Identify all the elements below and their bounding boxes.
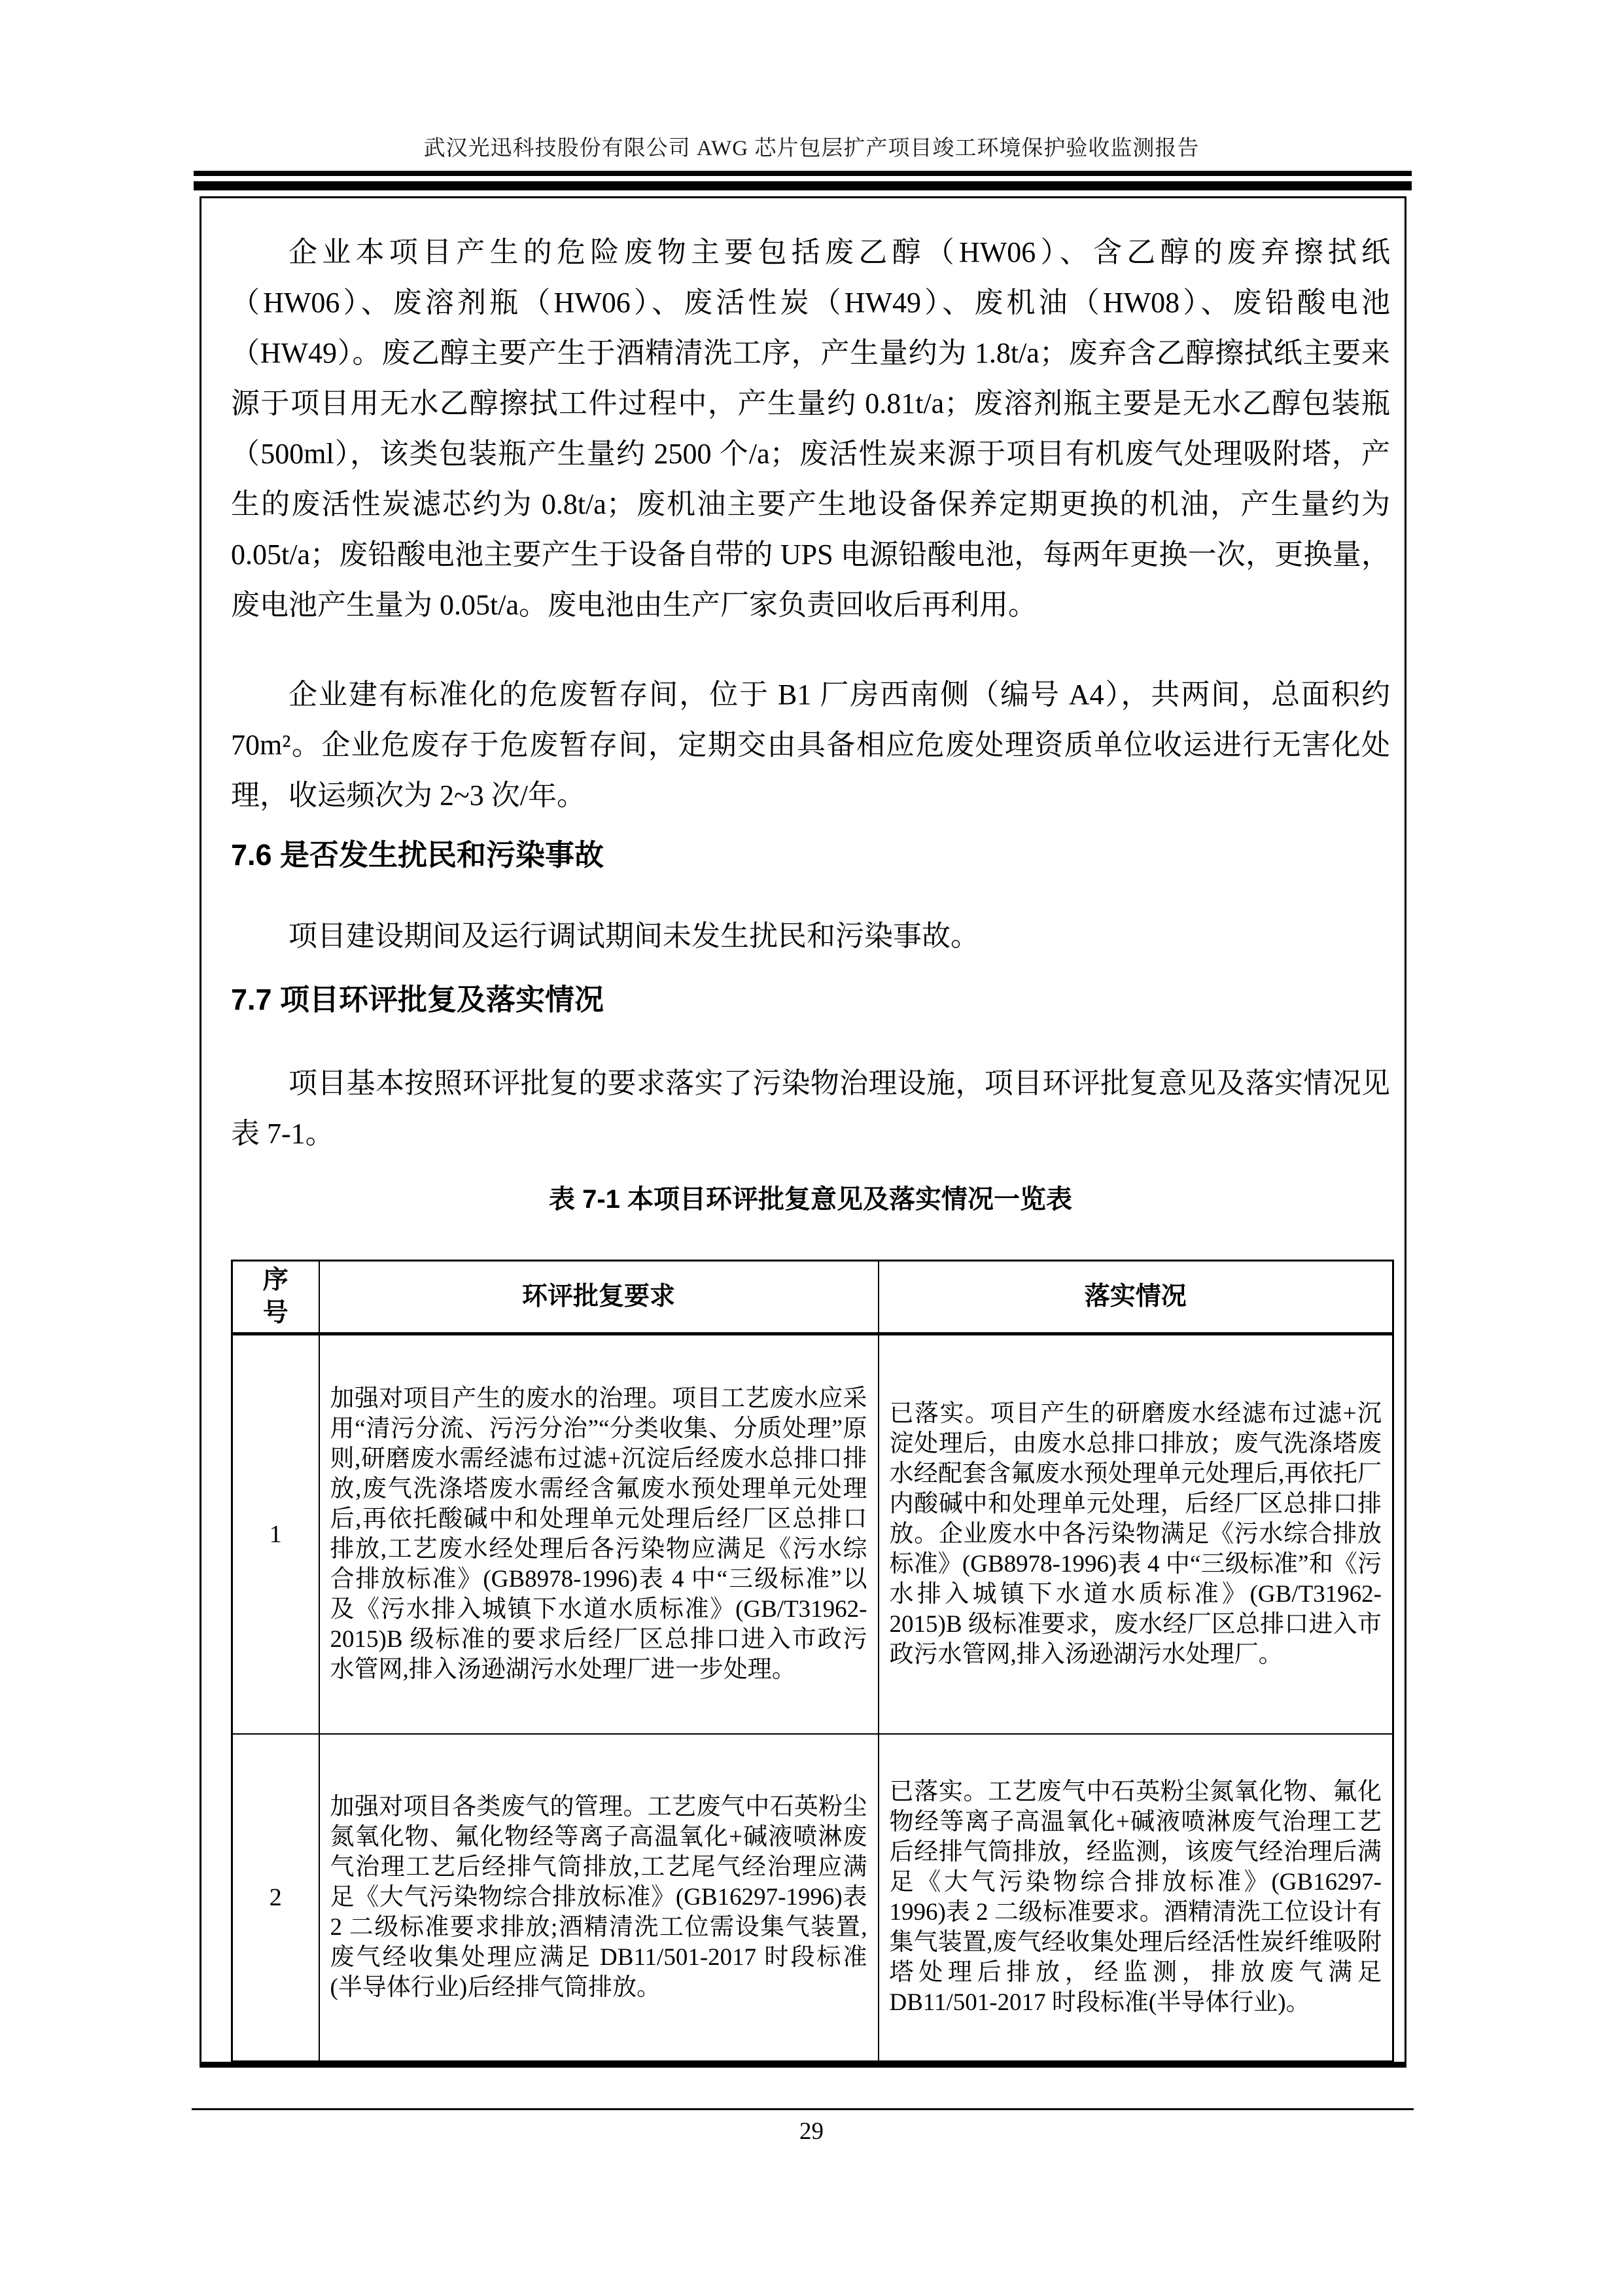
paragraph-7-6: 项目建设期间及运行调试期间未发生扰民和污染事故。 <box>231 911 1390 961</box>
header-divider-thin <box>194 171 1412 176</box>
table-row: 2 加强对项目各类废气的管理。工艺废气中石英粉尘氮氧化物、氟化物经等离子高温氧化… <box>232 1734 1393 2061</box>
column-header-seq: 序号 <box>232 1260 319 1333</box>
paragraph-7-7: 项目基本按照环评批复的要求落实了污染物治理设施，项目环评批复意见及落实情况见表 … <box>231 1058 1390 1159</box>
section-heading-7-7: 7.7 项目环评批复及落实情况 <box>231 981 1390 1019</box>
document-header-title: 武汉光迅科技股份有限公司 AWG 芯片包层扩产项目竣工环境保护验收监测报告 <box>0 131 1623 162</box>
row-2-seq: 2 <box>232 1734 319 2061</box>
table-7-1-caption: 表 7-1 本项目环评批复意见及落实情况一览表 <box>231 1184 1390 1215</box>
document-page: 武汉光迅科技股份有限公司 AWG 芯片包层扩产项目竣工环境保护验收监测报告 企业… <box>0 0 1623 2296</box>
column-header-requirement: 环评批复要求 <box>319 1260 879 1333</box>
paragraph-waste-storage: 企业建有标准化的危废暂存间，位于 B1 厂房西南侧（编号 A4），共两间，总面积… <box>231 669 1390 821</box>
row-2-implementation: 已落实。工艺废气中石英粉尘氮氧化物、氟化物经等离子高温氧化+碱液喷淋废气治理工艺… <box>879 1734 1393 2061</box>
content-box: 企业本项目产生的危险废物主要包括废乙醇（HW06）、含乙醇的废弃擦拭纸（HW06… <box>200 196 1406 2068</box>
section-heading-7-6: 7.6 是否发生扰民和污染事故 <box>231 836 1390 874</box>
table-header-row: 序号 环评批复要求 落实情况 <box>232 1260 1393 1333</box>
table-7-1: 序号 环评批复要求 落实情况 1 加强对项目产生的废水的治理。项目工艺废水应采用… <box>231 1260 1394 2062</box>
footer-divider <box>192 2108 1414 2110</box>
table-row: 1 加强对项目产生的废水的治理。项目工艺废水应采用“清污分流、污污分治”“分类收… <box>232 1333 1393 1734</box>
row-1-implementation: 已落实。项目产生的研磨废水经滤布过滤+沉淀处理后，由废水总排口排放；废气洗涤塔废… <box>879 1333 1393 1734</box>
column-header-implementation: 落实情况 <box>879 1260 1393 1333</box>
page-number: 29 <box>0 2117 1623 2146</box>
row-1-seq: 1 <box>232 1333 319 1734</box>
row-2-requirement: 加强对项目各类废气的管理。工艺废气中石英粉尘氮氧化物、氟化物经等离子高温氧化+碱… <box>319 1734 879 2061</box>
paragraph-hazardous-waste: 企业本项目产生的危险废物主要包括废乙醇（HW06）、含乙醇的废弃擦拭纸（HW06… <box>231 227 1390 630</box>
header-divider-thick <box>194 181 1412 190</box>
row-1-requirement: 加强对项目产生的废水的治理。项目工艺废水应采用“清污分流、污污分治”“分类收集、… <box>319 1333 879 1734</box>
